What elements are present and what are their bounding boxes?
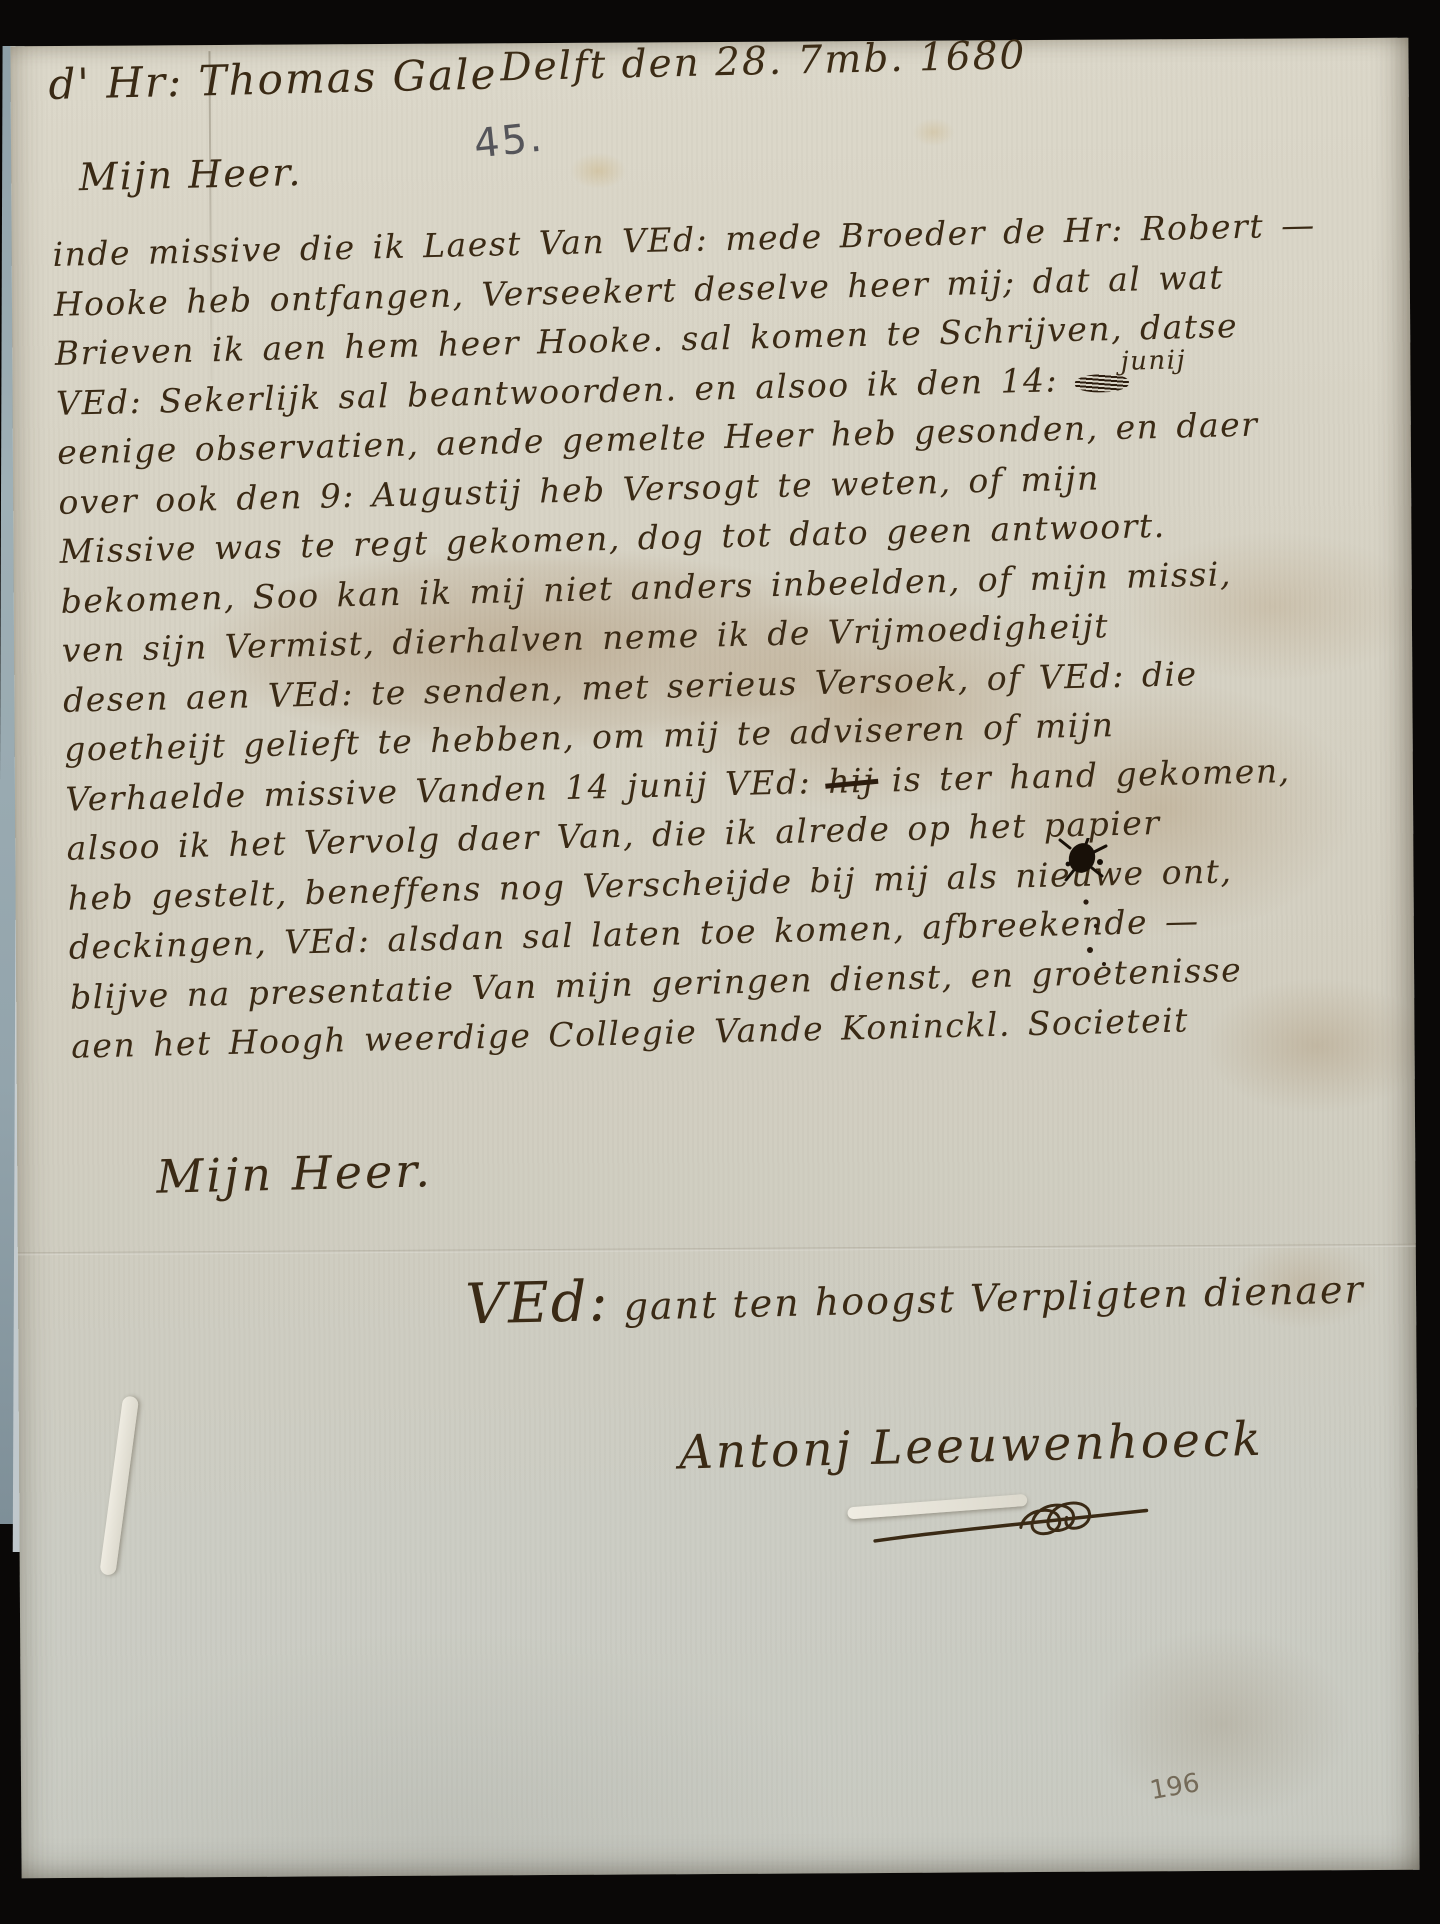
valediction-rest: gant ten hoogst Verpligten dienaer — [609, 1267, 1365, 1329]
inserted-word: junij — [1120, 345, 1186, 377]
scanned-letter-page: d' Hr: Thomas Gale Delft den 28. 7mb. 16… — [0, 0, 1440, 1924]
addressee: d' Hr: Thomas Gale — [48, 49, 498, 109]
archival-folio-number: 45. — [472, 114, 546, 167]
ink-blot — [1056, 838, 1116, 978]
struck-word: hij — [828, 760, 875, 800]
dateline: Delft den 28. 7mb. 1680 — [500, 33, 1027, 90]
valediction: VEd: gant ten hoogst Verpligten dienaer — [465, 1251, 1366, 1337]
body-line-12-rest: is ter hand gekomen, — [891, 750, 1291, 798]
signature: Antonj Leeuwenhoeck — [678, 1412, 1264, 1481]
letter-body: inde missive die ik Laest Van VEd: mede … — [52, 198, 1431, 1071]
salutation: Mijn Heer. — [78, 150, 303, 199]
signature-flourish — [870, 1482, 1152, 1563]
closing-salutation: Mijn Heer. — [156, 1143, 434, 1203]
valediction-initial: VEd: — [465, 1269, 611, 1337]
handwriting-layer: d' Hr: Thomas Gale Delft den 28. 7mb. 16… — [48, 28, 1440, 1860]
